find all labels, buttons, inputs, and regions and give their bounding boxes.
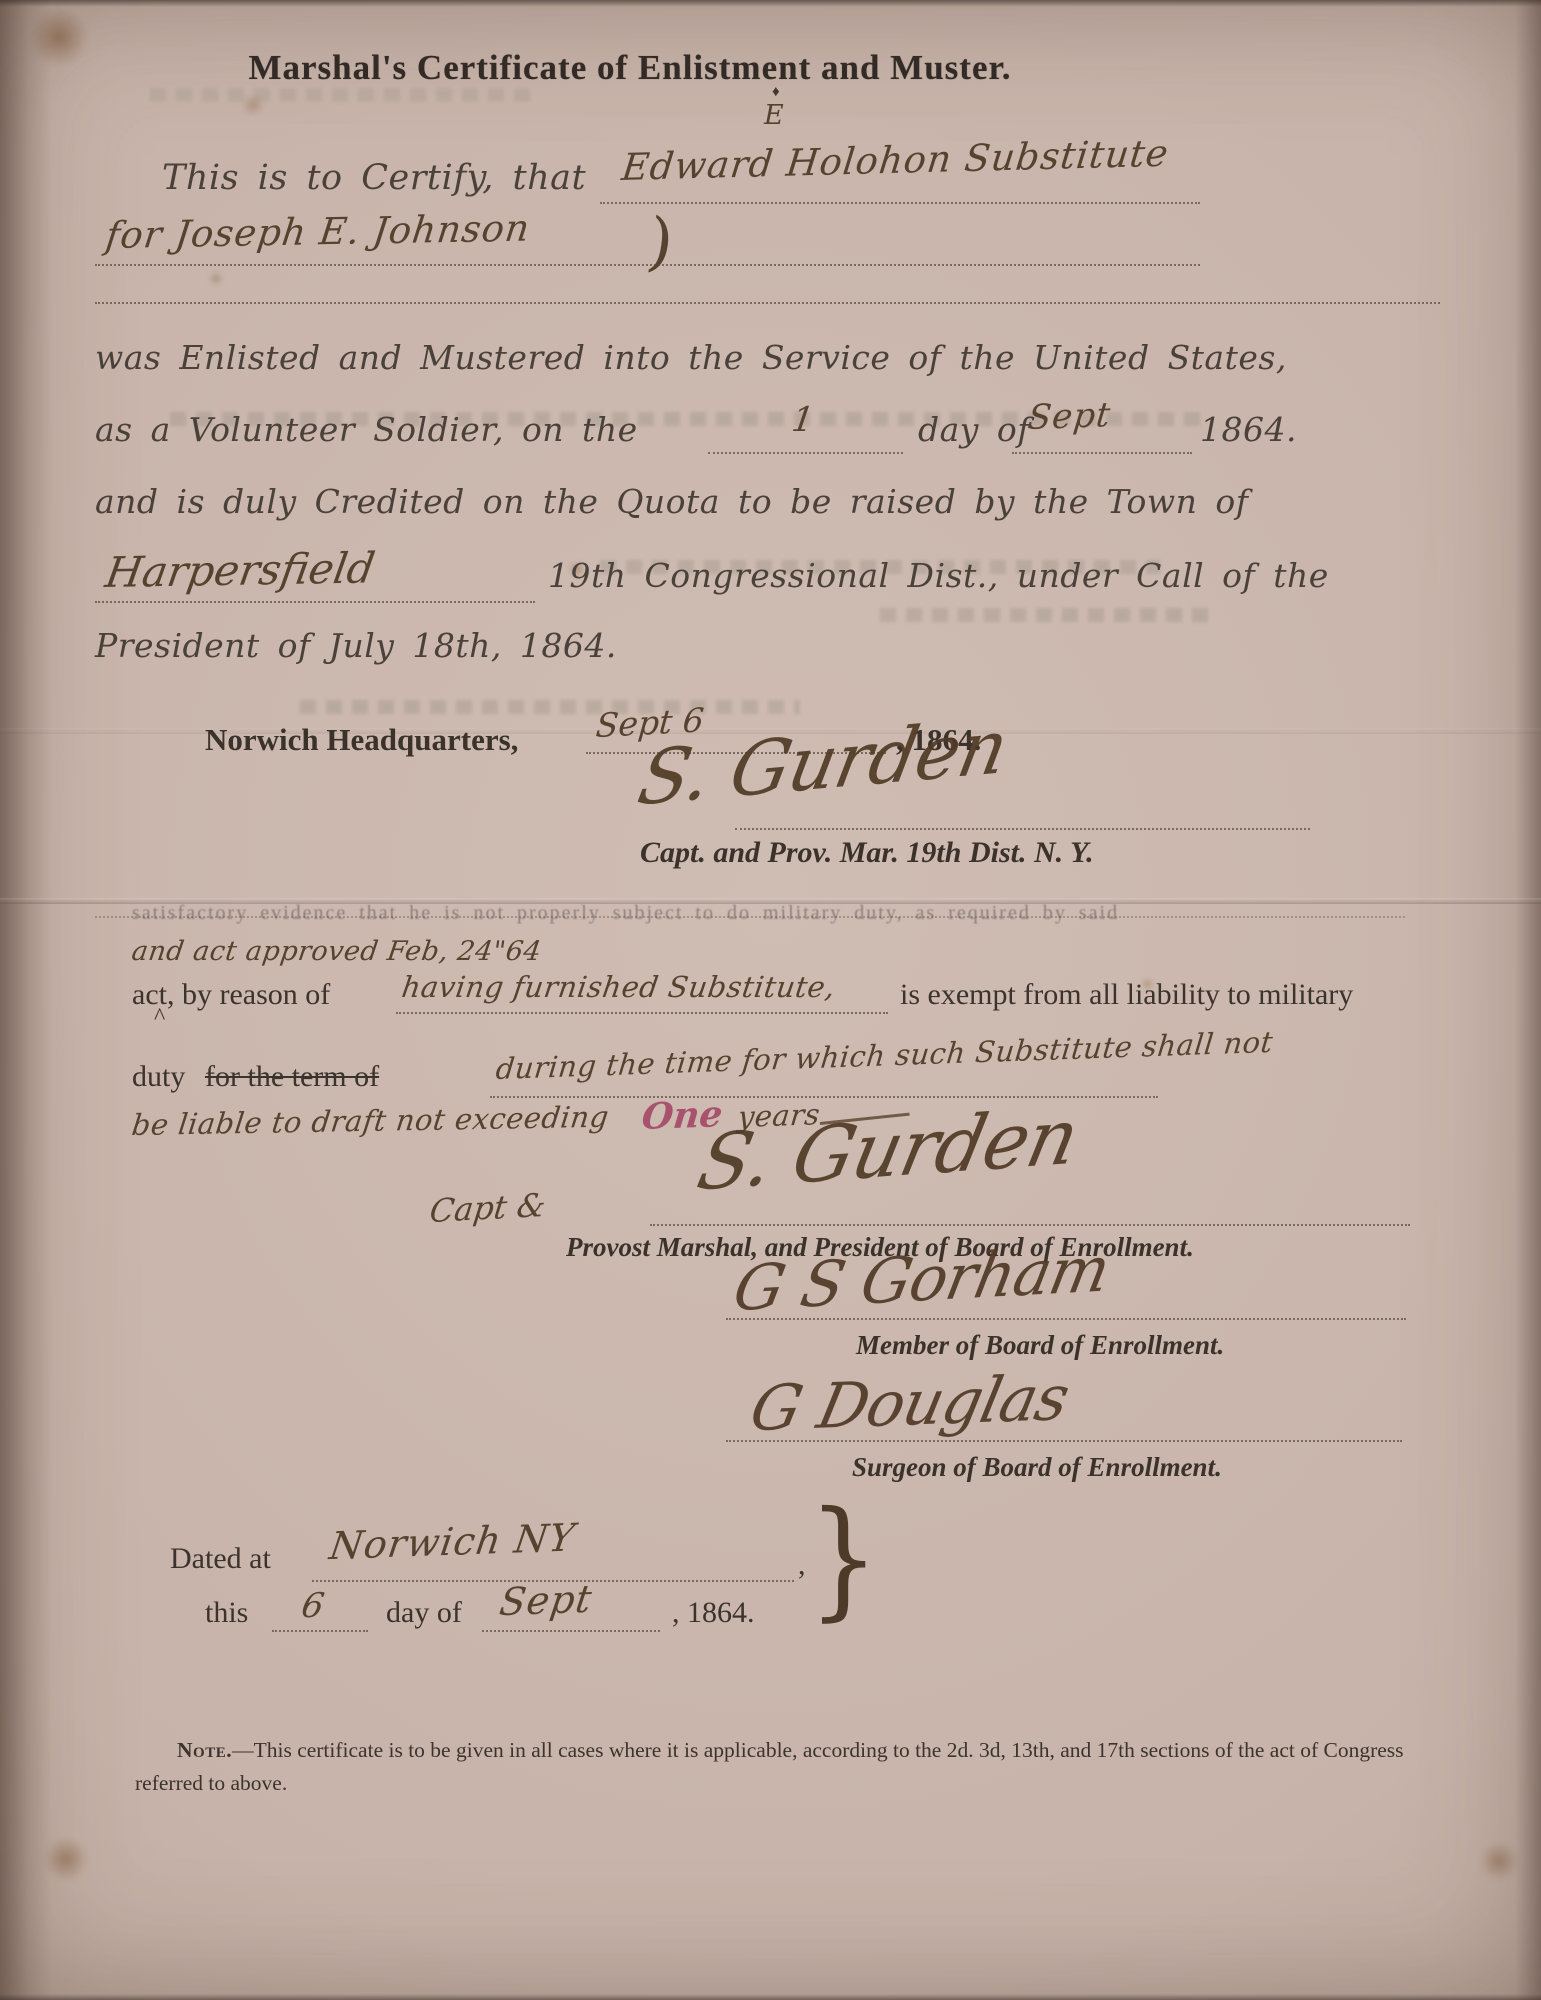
bleed-through-band	[300, 700, 800, 714]
body-line-2: as a Volunteer Soldier, on the	[95, 410, 638, 449]
correction-letter: E	[764, 100, 784, 131]
headquarters-label: Norwich Headquarters,	[205, 722, 518, 758]
board-member-title: Member of Board of Enrollment.	[856, 1330, 1224, 1361]
paper-right-edge	[1515, 0, 1541, 2000]
bleed-through-band	[150, 88, 530, 102]
correction-dot: ♦	[772, 84, 780, 101]
stain	[42, 1838, 90, 1880]
body-line-1: was Enlisted and Mustered into the Servi…	[95, 338, 1287, 377]
paper-left-edge	[0, 0, 52, 2000]
certify-printed-text: This is to Certify, that	[162, 158, 586, 198]
duty-label: duty	[132, 1060, 185, 1094]
fill-in-rule	[95, 916, 1405, 918]
bleed-through-band	[880, 608, 1210, 622]
fill-in-rule	[95, 302, 1440, 304]
fill-in-rule	[95, 601, 535, 603]
handwritten-paren: )	[643, 205, 678, 282]
paper-bottom-edge	[0, 1994, 1541, 2000]
dated-comma: ,	[798, 1548, 806, 1582]
handwritten-brace: }	[808, 1484, 879, 1634]
exemption-reason-handwritten: having furnished Substitute,	[400, 970, 838, 1004]
fill-in-rule	[1012, 452, 1192, 454]
struck-printed-text: for the term of	[205, 1060, 379, 1094]
principal-name-handwritten: for Joseph E. Johnson	[103, 207, 532, 258]
fill-in-rule	[272, 1630, 368, 1632]
faded-form-text: satisfactory evidence that he is not pro…	[132, 902, 1119, 925]
enlistment-year: 1864.	[1200, 410, 1297, 449]
footnote-text: —This certificate is to be given in all …	[135, 1738, 1404, 1795]
signature-rule	[726, 1318, 1406, 1320]
signature-rule	[726, 1440, 1402, 1442]
fill-in-rule	[708, 452, 903, 454]
signature-rule	[650, 1224, 1410, 1226]
day-of-label-2: day of	[386, 1596, 462, 1630]
dated-day-handwritten: 6	[298, 1586, 328, 1626]
body-line-4: 19th Congressional Dist., under Call of …	[548, 556, 1329, 595]
certificate-title: Marshal's Certificate of Enlistment and …	[0, 48, 1260, 88]
enlistment-month-handwritten: Sept	[1026, 395, 1113, 438]
enlistment-day-handwritten: 1	[789, 400, 817, 440]
stain	[208, 272, 224, 285]
fill-in-rule	[600, 202, 1200, 204]
dated-month-handwritten: Sept	[497, 1577, 595, 1624]
footnote-label: Note.	[177, 1738, 232, 1762]
stain	[1478, 1842, 1520, 1880]
body-line-3: and is duly Credited on the Quota to be …	[95, 482, 1249, 521]
capt-handwritten-prefix: Capt &	[428, 1186, 548, 1230]
fill-in-rule	[95, 264, 1200, 266]
certificate-document: Marshal's Certificate of Enlistment and …	[0, 0, 1541, 2000]
signature-rule	[735, 828, 1310, 830]
this-label: this	[205, 1596, 248, 1630]
footnote: Note.—This certificate is to be given in…	[135, 1734, 1410, 1801]
dated-at-label: Dated at	[170, 1542, 271, 1576]
term-handwritten: during the time for which such Substitut…	[494, 1025, 1275, 1086]
town-handwritten: Harpersfield	[102, 543, 378, 597]
body-line-5: President of July 18th, 1864.	[95, 626, 617, 665]
paper-top-edge	[0, 0, 1541, 7]
day-of-label: day of	[918, 410, 1030, 449]
act-annotation-handwritten: and act approved Feb, 24"64	[130, 936, 544, 967]
fill-in-rule	[396, 1012, 888, 1014]
dated-year: , 1864.	[672, 1596, 755, 1630]
term-handwritten-2: be liable to draft not exceeding	[130, 1100, 611, 1142]
surgeon-signature: G Douglas	[744, 1361, 1075, 1446]
insertion-caret: ^	[154, 1004, 165, 1031]
recruit-name-handwritten: Edward Holohon Substitute	[620, 132, 1172, 189]
fill-in-rule	[482, 1630, 660, 1632]
exemption-printed-post: is exempt from all liability to military	[900, 978, 1353, 1012]
surgeon-title: Surgeon of Board of Enrollment.	[852, 1452, 1222, 1483]
dated-place-handwritten: Norwich NY	[327, 1515, 578, 1568]
provost-marshal-title: Capt. and Prov. Mar. 19th Dist. N. Y.	[640, 836, 1094, 870]
